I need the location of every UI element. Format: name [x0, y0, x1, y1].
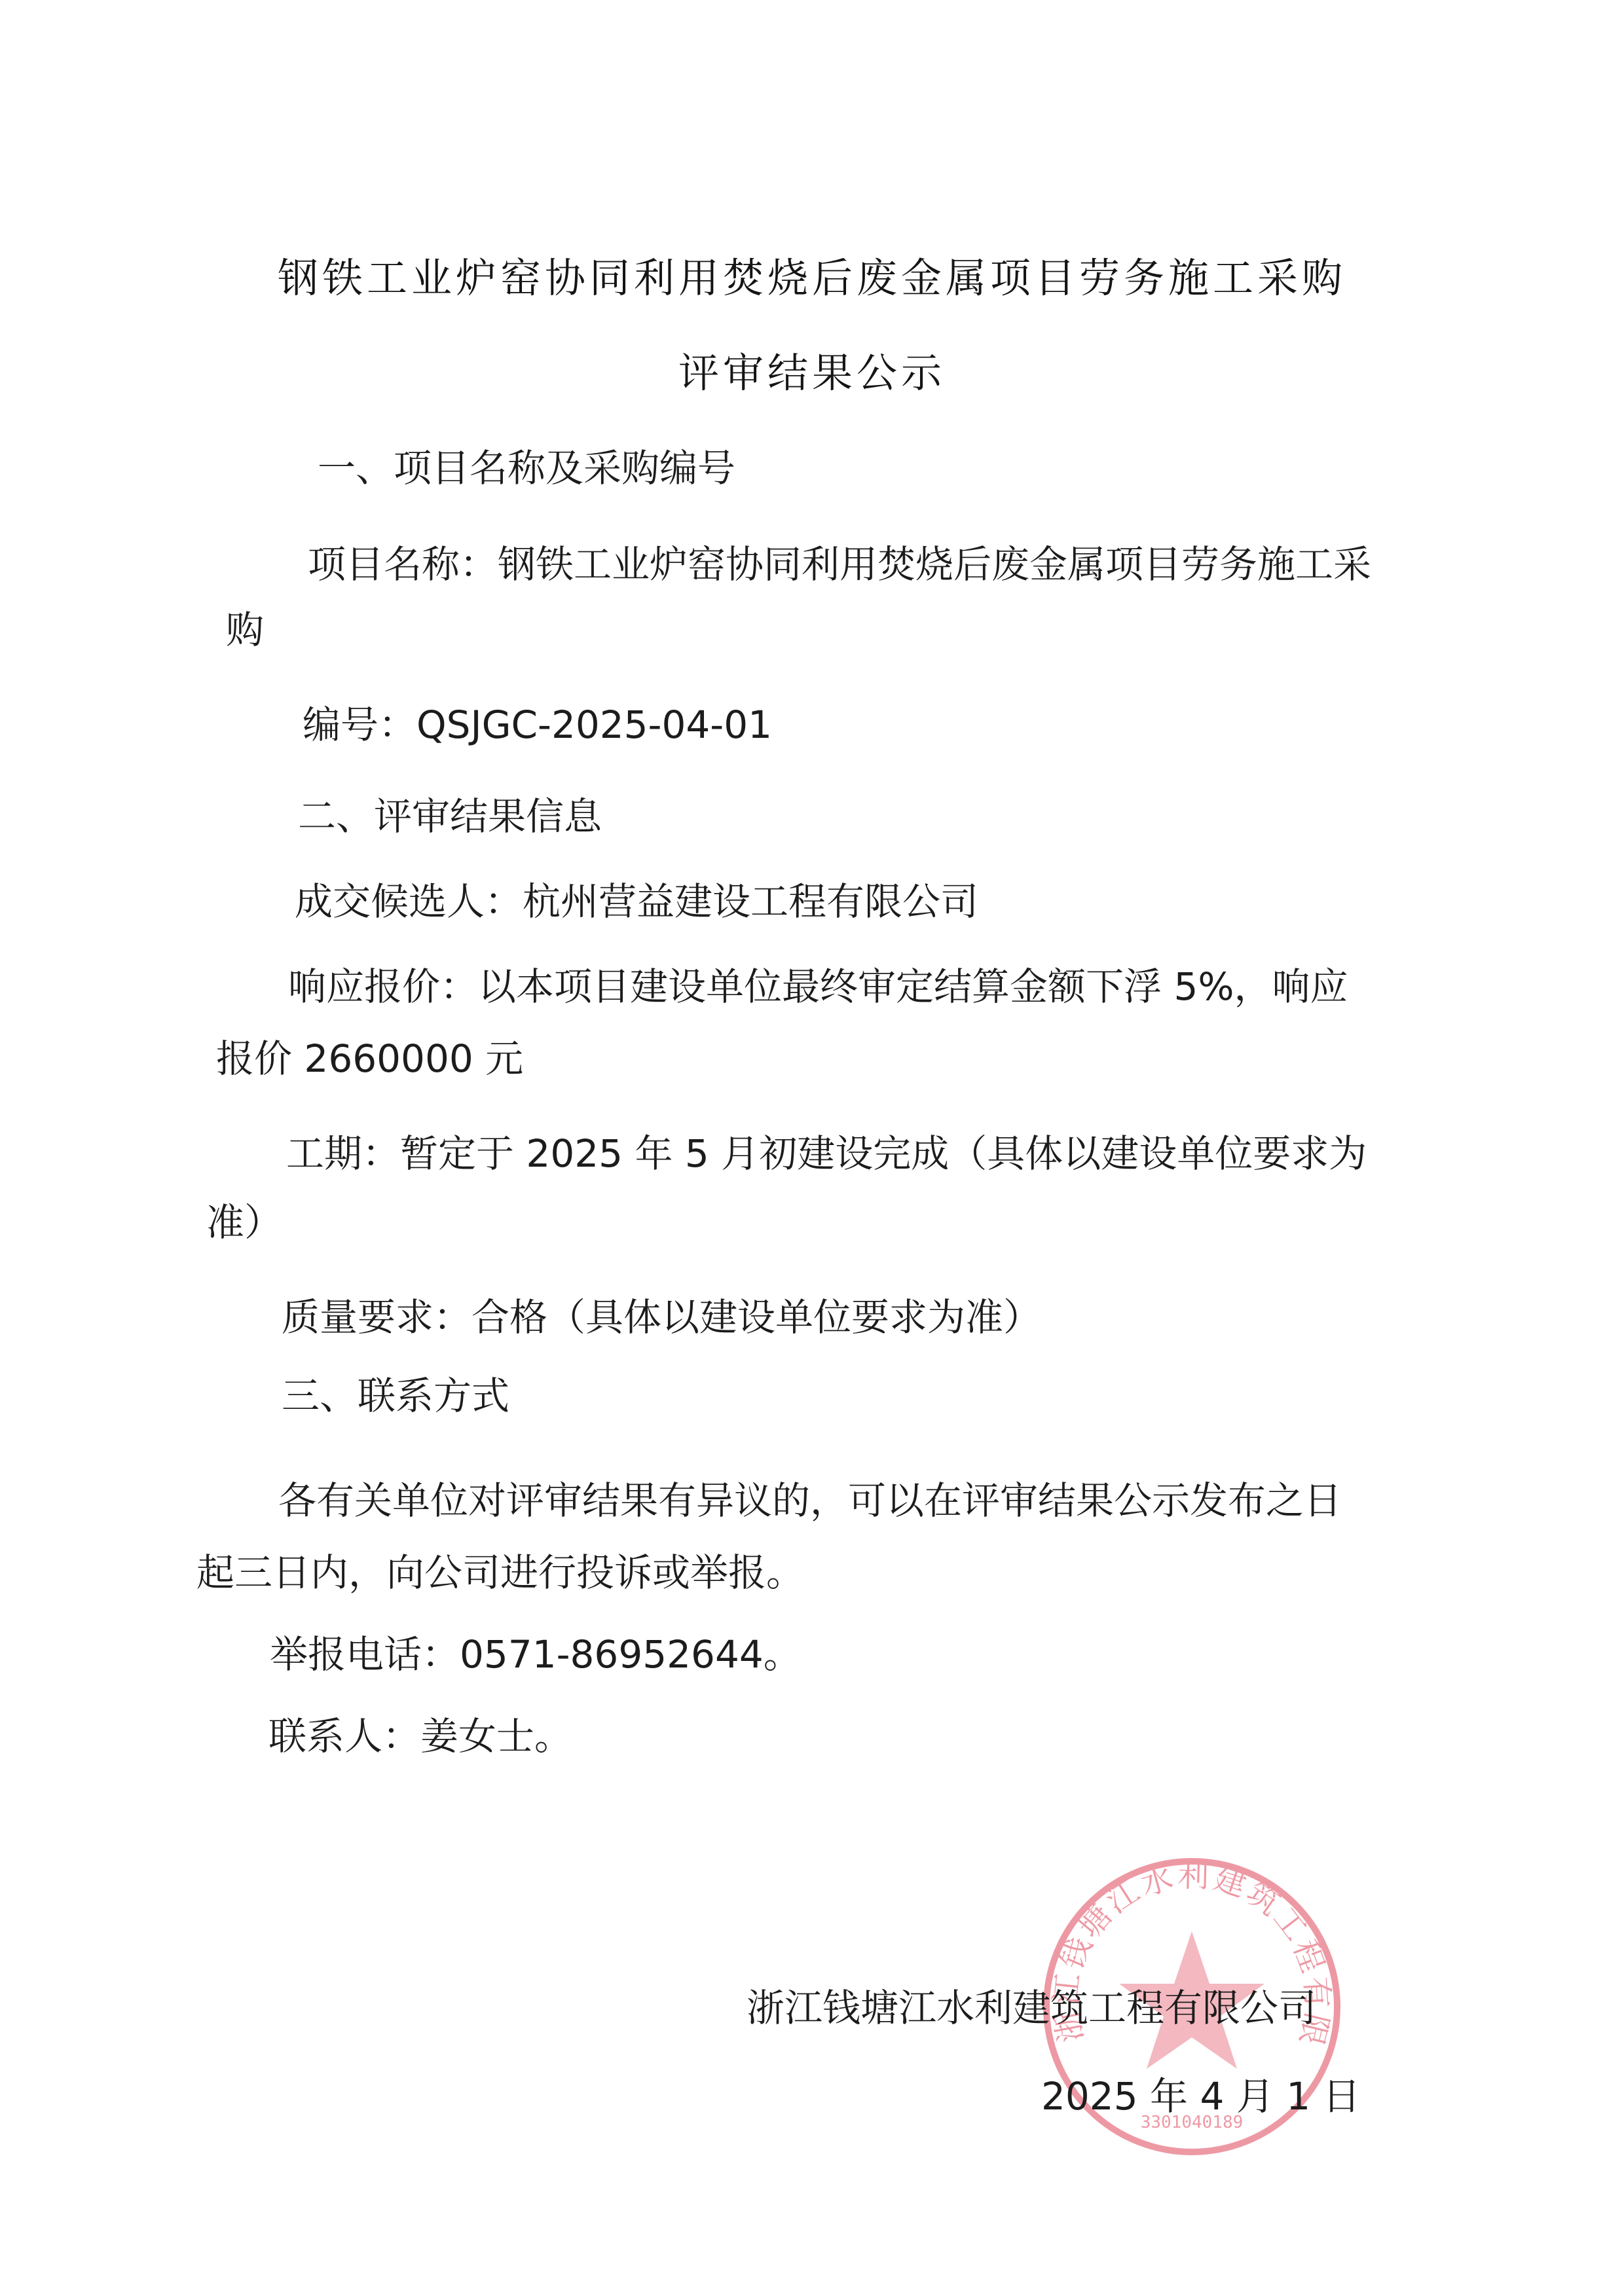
construction-period-line1: 工期：暂定于 2025 年 5 月初建设完成（具体以建设单位要求为	[286, 1123, 1367, 1178]
signature-company: 浙江钱塘江水利建筑工程有限公司	[747, 1977, 1316, 2032]
construction-period-line2: 准）	[206, 1192, 282, 1247]
section2-heading: 二、评审结果信息	[298, 786, 602, 841]
response-price-line1: 响应报价：以本项目建设单位最终审定结算金额下浮 5%，响应	[288, 956, 1348, 1011]
objection-notice-line2: 起三日内，向公司进行投诉或举报。	[196, 1542, 804, 1597]
procurement-number: 编号：QSJGC-2025-04-01	[303, 694, 772, 749]
section3-heading: 三、联系方式	[282, 1365, 509, 1420]
document-page: 钢铁工业炉窑协同利用焚烧后废金属项目劳务施工采购 评审结果公示 一、项目名称及采…	[0, 0, 1624, 2296]
contact-person: 联系人：姜女士。	[268, 1705, 572, 1760]
document-title-line2: 评审结果公示	[0, 340, 1624, 399]
quality-requirement: 质量要求：合格（具体以建设单位要求为准）	[282, 1286, 1041, 1341]
deal-candidate: 成交候选人：杭州营益建设工程有限公司	[295, 871, 978, 926]
report-phone: 举报电话：0571-86952644。	[270, 1624, 802, 1679]
section1-heading: 一、项目名称及采购编号	[318, 437, 735, 492]
project-name-line1: 项目名称：钢铁工业炉窑协同利用焚烧后废金属项目劳务施工采	[308, 534, 1371, 589]
project-name-line2: 购	[226, 599, 264, 654]
signature-date: 2025 年 4 月 1 日	[1041, 2066, 1361, 2121]
document-title-line1: 钢铁工业炉窑协同利用焚烧后废金属项目劳务施工采购	[0, 246, 1624, 304]
objection-notice-line1: 各有关单位对评审结果有异议的，可以在评审结果公示发布之日	[278, 1470, 1342, 1525]
response-price-line2: 报价 2660000 元	[216, 1028, 523, 1083]
